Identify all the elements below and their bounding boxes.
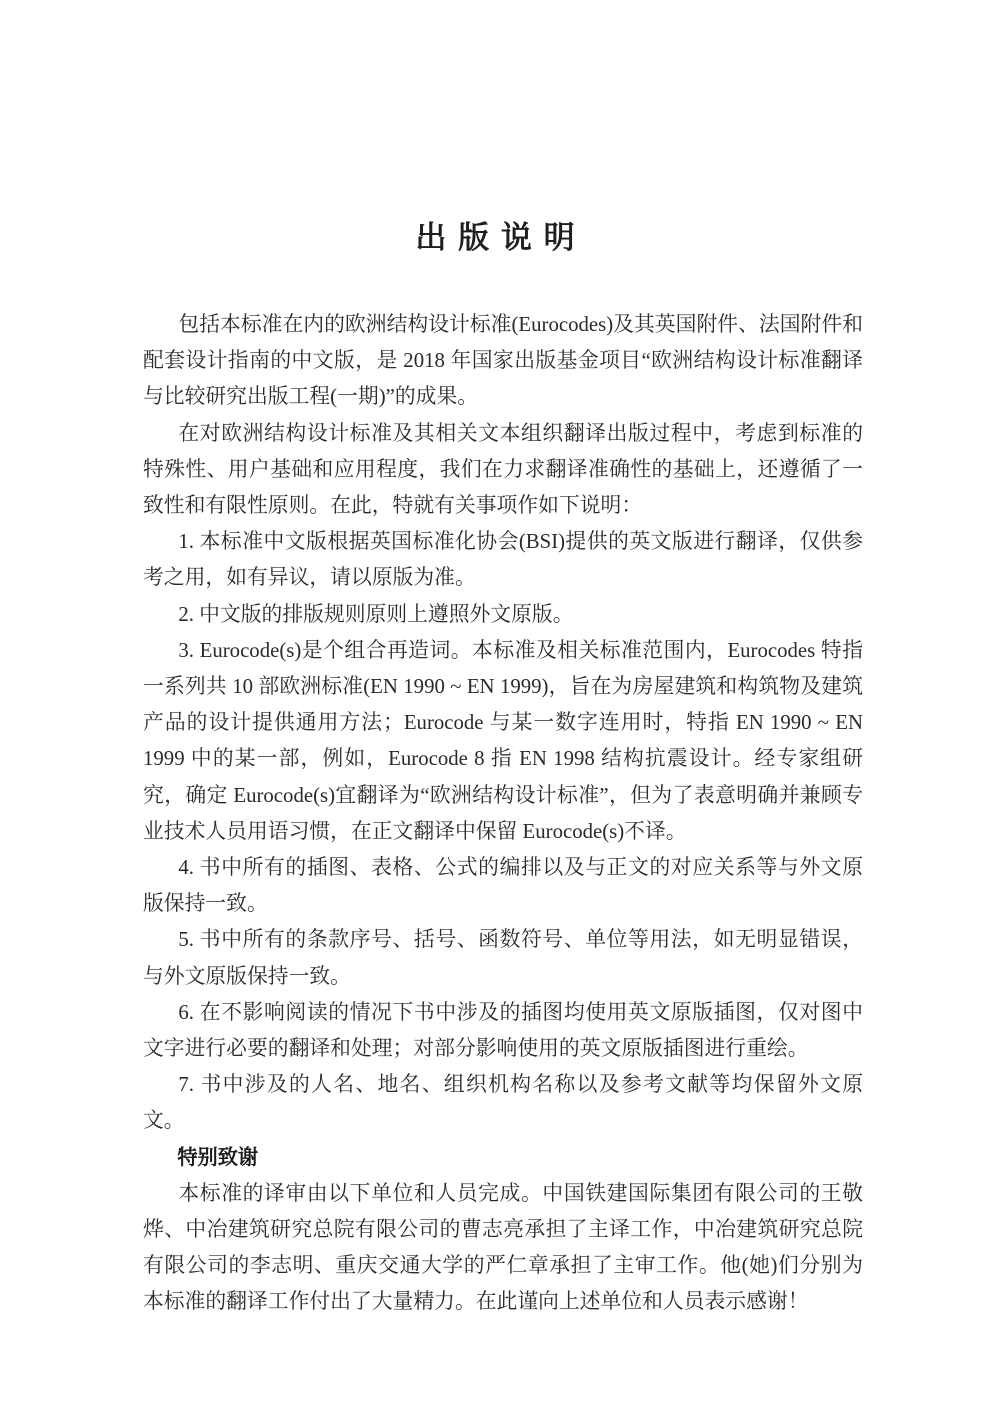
paragraph-item-1: 1. 本标准中文版根据英国标准化协会(BSI)提供的英文版进行翻译，仅供参考之用… [143,524,863,596]
paragraph-intro: 包括本标准在内的欧洲结构设计标准(Eurocodes)及其英国附件、法国附件和配… [143,307,863,416]
paragraph-item-7: 7. 书中涉及的人名、地名、组织机构名称以及参考文献等均保留外文原文。 [143,1067,863,1139]
paragraph-item-2: 2. 中文版的排版规则原则上遵照外文原版。 [143,597,863,633]
paragraph-item-5: 5. 书中所有的条款序号、括号、函数符号、单位等用法，如无明显错误，与外文原版保… [143,922,863,994]
paragraph-item-3: 3. Eurocode(s)是个组合再造词。本标准及相关标准范围内，Euroco… [143,633,863,850]
paragraph-item-4: 4. 书中所有的插图、表格、公式的编排以及与正文的对应关系等与外文原版保持一致。 [143,850,863,922]
paragraph-item-6: 6. 在不影响阅读的情况下书中涉及的插图均使用英文原版插图，仅对图中文字进行必要… [143,995,863,1067]
paragraph-preamble: 在对欧洲结构设计标准及其相关文本组织翻译出版过程中，考虑到标准的特殊性、用户基础… [143,416,863,525]
page-content: 包括本标准在内的欧洲结构设计标准(Eurocodes)及其英国附件、法国附件和配… [143,307,863,1321]
acknowledgement-paragraph: 本标准的译审由以下单位和人员完成。中国铁建国际集团有限公司的王敬烨、中冶建筑研究… [143,1176,863,1321]
page-title: 出 版 说 明 [0,212,992,257]
acknowledgement-heading: 特别致谢 [143,1140,863,1176]
book-page: 出 版 说 明 包括本标准在内的欧洲结构设计标准(Eurocodes)及其英国附… [0,0,992,1403]
